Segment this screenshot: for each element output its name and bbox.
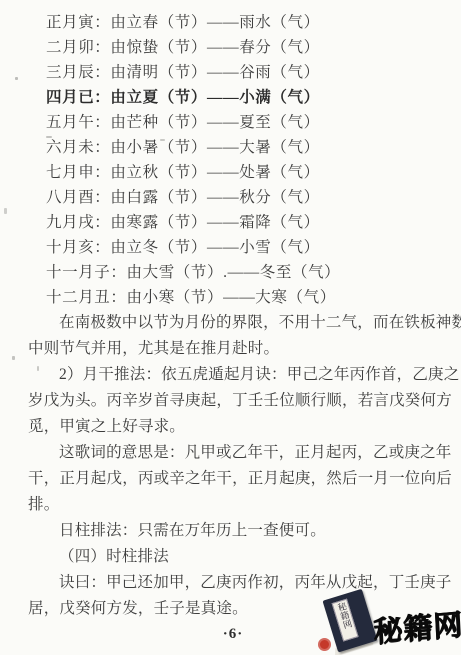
paragraph-line: 日柱排法：只需在万年历上一查便可。 — [28, 518, 438, 544]
month-solar-terms-list: 正月寅：由立春（节）——雨水（气） 二月卯：由惊蛰（节）——春分（气） 三月辰：… — [28, 10, 438, 310]
paragraph-boundary-note: 在南极数中以节为月份的界限，不用十二气，而在铁板神数 中则节气并用，尤其是在推月… — [28, 310, 438, 362]
page-content: 正月寅：由立春（节）——雨水（气） 二月卯：由惊蛰（节）——春分（气） 三月辰：… — [28, 10, 438, 646]
paragraph-month-stem-method: 2）月干推法：依五虎遁起月诀：甲己之年丙作首，乙庚之 岁戊为头。丙辛岁首寻庚起，… — [28, 362, 438, 440]
month-term-row: 三月辰：由清明（节）——谷雨（气） — [46, 60, 438, 85]
paragraph-line: 2）月干推法：依五虎遁起月诀：甲己之年丙作首，乙庚之 — [28, 362, 438, 388]
month-term-row: 正月寅：由立春（节）——雨水（气） — [46, 10, 438, 35]
scan-speck — [12, 356, 15, 360]
month-term-row: 九月戌：由寒露（节）——霜降（气） — [46, 210, 438, 235]
scan-speck — [37, 366, 39, 371]
paragraph-line: 干，正月起戊，丙或辛之年干，正月起庚，然后一月一位向后 — [28, 466, 438, 492]
watermark-seal-icon — [318, 638, 331, 651]
paragraph-line: 中则节气并用，尤其是在推月赴时。 — [28, 336, 438, 362]
month-term-row: 十二月丑：由小寒（节）——大寒（气） — [46, 285, 438, 310]
paragraph-line: 诀曰：甲己还加甲，乙庚丙作初，丙年从戊起，丁壬庚子 — [28, 570, 438, 596]
paragraph-line: 排。 — [28, 492, 438, 518]
paragraph-line: 觅，甲寅之上好寻求。 — [28, 414, 438, 440]
watermark-site-name: 秘籍网 — [372, 602, 461, 651]
paragraph-verse-explanation: 这歌词的意思是：凡甲或乙年干，正月起丙，乙或庚之年 干，正月起戊，丙或辛之年干，… — [28, 440, 438, 518]
paragraph-line: （四）时柱排法 — [28, 544, 438, 570]
scan-speck — [15, 77, 18, 80]
paragraph-line: 这歌词的意思是：凡甲或乙年干，正月起丙，乙或庚之年 — [28, 440, 438, 466]
month-term-row: 十月亥：由立冬（节）——小雪（气） — [46, 235, 438, 260]
paragraph-day-pillar-method: 日柱排法：只需在万年历上一查便可。 — [28, 518, 438, 544]
scan-speck — [160, 139, 165, 141]
month-term-row: 四月已：由立夏（节）——小满（气） — [46, 85, 438, 110]
month-term-row: 二月卯：由惊蛰（节）——春分（气） — [46, 35, 438, 60]
scanned-book-page: 正月寅：由立春（节）——雨水（气） 二月卯：由惊蛰（节）——春分（气） 三月辰：… — [0, 0, 461, 655]
section-heading-hour-pillar: （四）时柱排法 — [28, 544, 438, 570]
paragraph-line: 岁戊为头。丙辛岁首寻庚起，丁壬壬位顺行顺，若言戊癸何方 — [28, 388, 438, 414]
month-term-row: 五月午：由芒种（节）——夏至（气） — [46, 110, 438, 135]
scan-speck — [46, 136, 52, 138]
scan-speck — [4, 208, 7, 214]
month-term-row: 十一月子：由大雪（节）.——冬至（气） — [46, 260, 438, 285]
month-term-row: 六月未：由小暑（节）——大暑（气） — [46, 135, 438, 160]
month-term-row: 八月酉：由白露（节）——秋分（气） — [46, 185, 438, 210]
paragraph-line: 在南极数中以节为月份的界限，不用十二气，而在铁板神数 — [28, 310, 438, 336]
month-term-row: 七月申：由立秋（节）——处暑（气） — [46, 160, 438, 185]
